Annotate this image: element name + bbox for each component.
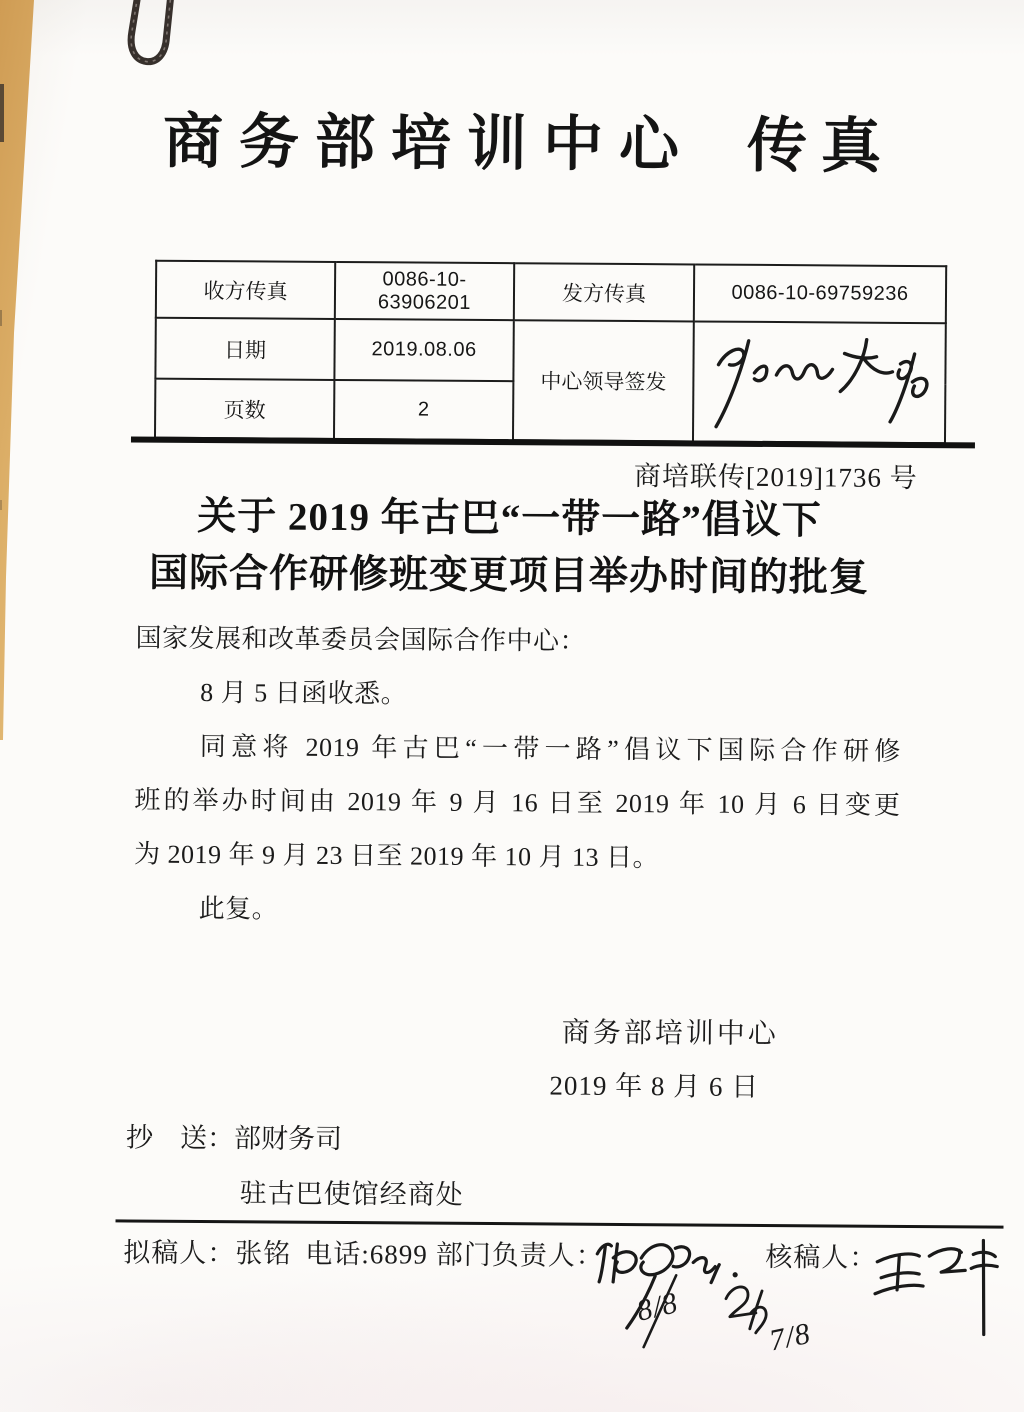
- pages-value: 2: [334, 380, 513, 440]
- leader-sign-label: 中心领导签发: [513, 320, 694, 441]
- footer-rule: [116, 1219, 1004, 1228]
- letter-body: 国家发展和改革委员会国际合作中心： 8 月 5 日函收悉。 同意将 2019 年…: [134, 612, 902, 941]
- letter-line: 8 月 5 日函收悉。: [135, 666, 901, 725]
- handwritten-date-text: 8/8: [633, 1286, 681, 1328]
- cc-recipient: 部财务司: [234, 1123, 342, 1154]
- leader-signature: [696, 322, 943, 436]
- letter-recipient: 国家发展和改革委员会国际合作中心：: [135, 612, 901, 671]
- phone: 电话:6899: [305, 1239, 428, 1270]
- reference-number: 商培联传[2019]1736 号: [558, 454, 918, 496]
- handwritten-date-icon: 8/8: [628, 1269, 699, 1354]
- reviewer-label: 核稿人：: [765, 1235, 877, 1275]
- letter-title-line2: 国际合作研修班变更项目举办时间的批复: [0, 544, 1021, 608]
- table-row: 收方传真 0086-10-63906201 发方传真 0086-10-69759…: [156, 261, 946, 324]
- cc-recipient: 驻古巴使馆经商处: [240, 1171, 464, 1212]
- letter-closing: 此复。: [134, 882, 900, 941]
- date-value: 2019.08.06: [334, 319, 513, 381]
- footer-info-line: 拟稿人：张铭电话:6899部门负责人： 核稿人： 8: [122, 1230, 1008, 1411]
- cc-label: 抄 送：: [126, 1123, 234, 1154]
- fax-header-table: 收方传真 0086-10-63906201 发方传真 0086-10-69759…: [154, 260, 947, 445]
- reviewer-signature: [871, 1228, 1004, 1344]
- letter-title-line1: 关于 2019 年古巴“一带一路”倡议下: [0, 487, 1022, 551]
- letter-title: 关于 2019 年古巴“一带一路”倡议下 国际合作研修班变更项目举办时间的批复: [0, 487, 1022, 608]
- handwritten-scribble: 7/8: [718, 1275, 834, 1361]
- cc-line: 抄 送：部财务司: [126, 1116, 342, 1157]
- date-label: 日期: [155, 318, 334, 380]
- scanned-fax-page: 商务部培训中心传真 收方传真 0086-10-63906201 发方传真 008…: [0, 0, 1024, 1412]
- recipient-fax-value: 0086-10-63906201: [335, 262, 514, 320]
- drafter-name: 张铭: [235, 1238, 291, 1268]
- signing-organization: 商务部培训中心: [562, 1011, 779, 1053]
- letter-line: 同意将 2019 年古巴“一带一路”倡议下国际合作研修: [135, 720, 901, 779]
- table-row: 日期 2019.08.06 中心领导签发: [155, 318, 945, 385]
- letter-line: 班的举办时间由 2019 年 9 月 16 日至 2019 年 10 月 6 日…: [134, 774, 900, 833]
- sender-fax-value: 0086-10-69759236: [694, 264, 946, 323]
- leader-signature-cell: [693, 321, 946, 443]
- dept-head-label: 部门负责人：: [436, 1240, 604, 1271]
- org-name: 商务部培训中心: [163, 109, 695, 179]
- doc-type-label: 传真: [747, 113, 895, 180]
- pages-label: 页数: [155, 379, 334, 439]
- fax-masthead: 商务部培训中心传真: [163, 94, 896, 185]
- sender-fax-label: 发方传真: [514, 263, 694, 321]
- letter-line: 为 2019 年 9 月 23 日至 2019 年 10 月 13 日。: [134, 828, 900, 887]
- document-body: 商务部培训中心传真 收方传真 0086-10-63906201 发方传真 008…: [0, 0, 1024, 1412]
- drafter-label: 拟稿人：: [123, 1237, 235, 1268]
- signing-date: 2019 年 8 月 6 日: [549, 1063, 759, 1103]
- handwritten-date-text: 7/8: [766, 1317, 813, 1358]
- recipient-fax-label: 收方传真: [156, 261, 335, 319]
